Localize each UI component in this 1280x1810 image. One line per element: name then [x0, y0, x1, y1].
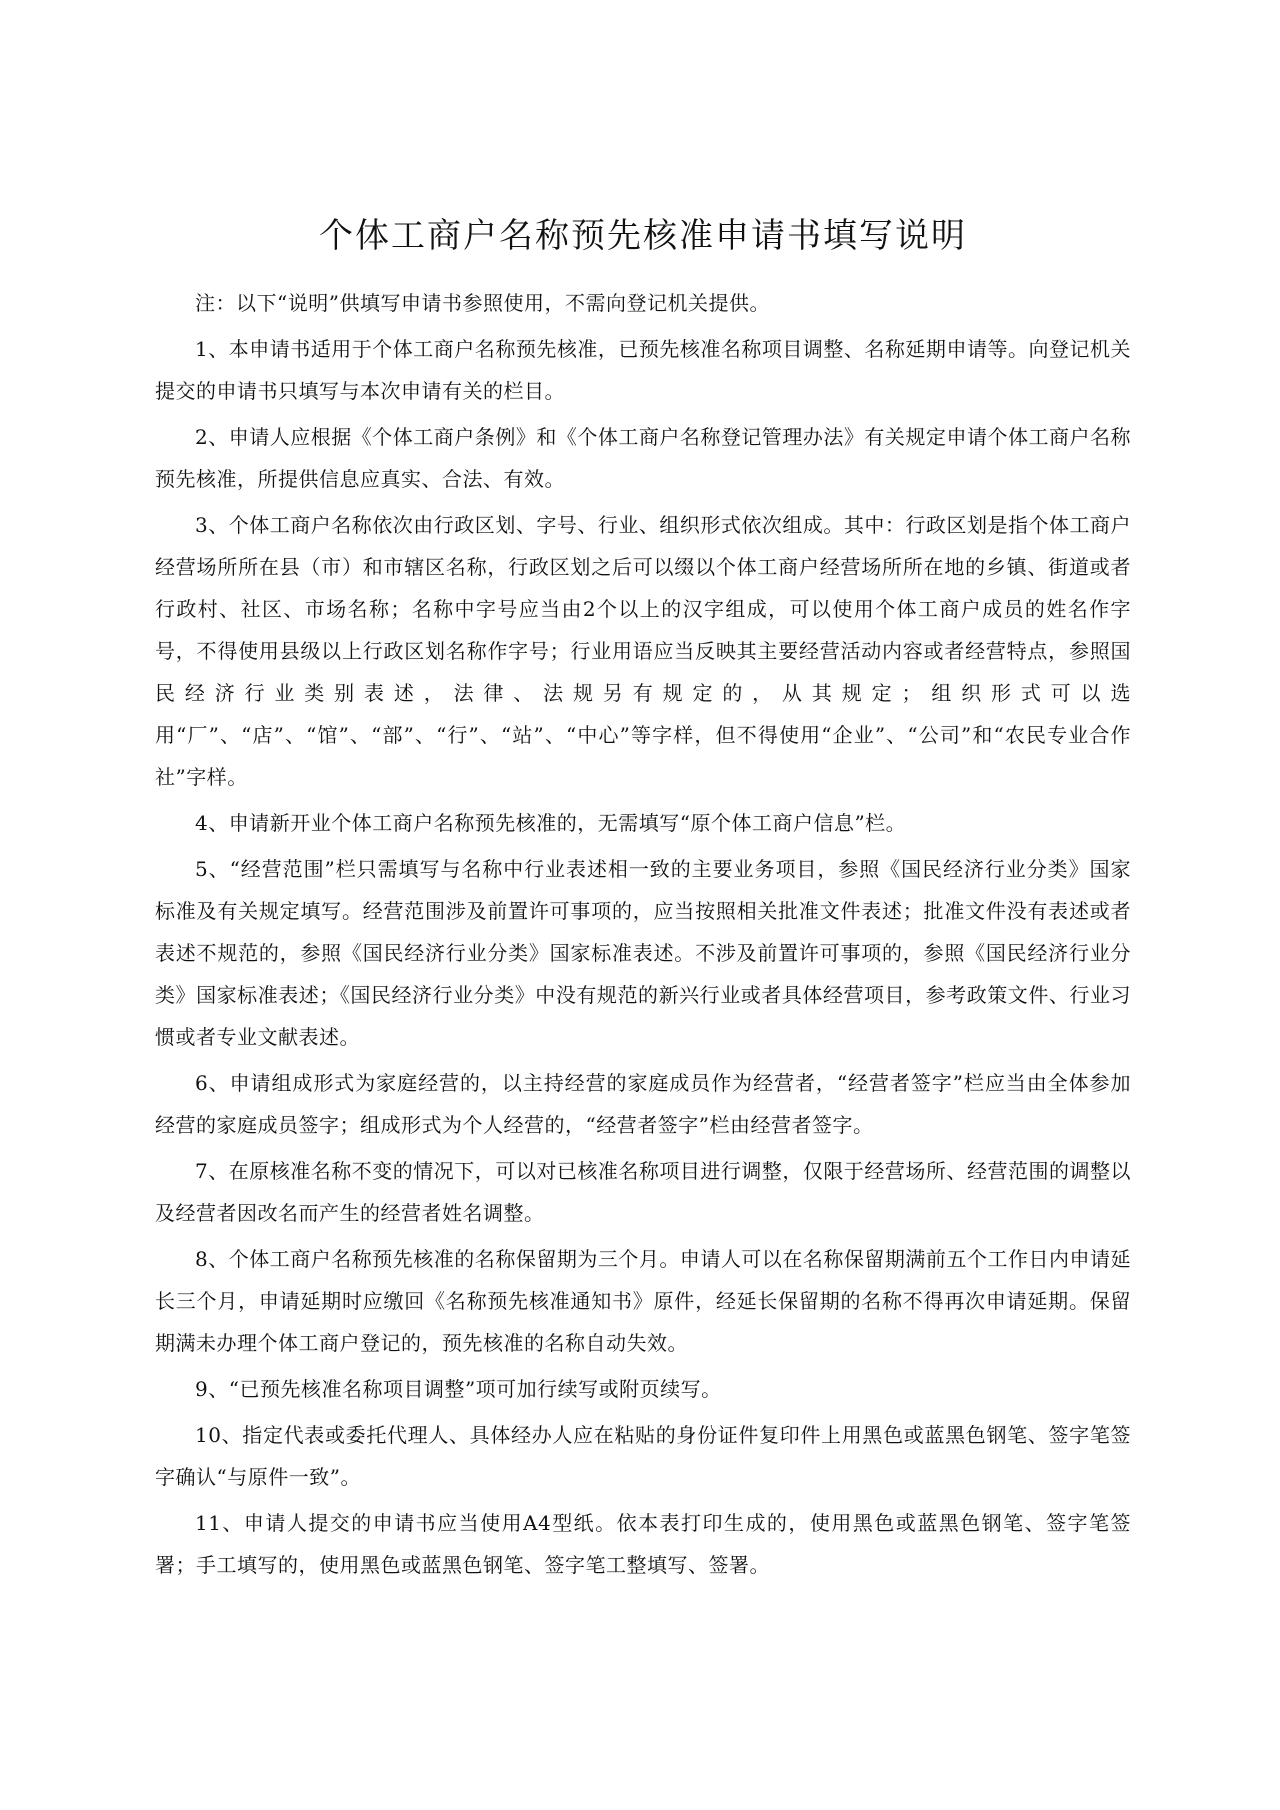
instruction-item-3: 3、个体工商户名称依次由行政区划、字号、行业、组织形式依次组成。其中：行政区划是…	[155, 504, 1131, 798]
instruction-item-11: 11、申请人提交的申请书应当使用A4型纸。依本表打印生成的，使用黑色或蓝黑色钢笔…	[155, 1502, 1131, 1586]
instruction-item-6: 6、申请组成形式为家庭经营的，以主持经营的家庭成员作为经营者，“经营者签字”栏应…	[155, 1062, 1131, 1146]
instruction-item-4: 4、申请新开业个体工商户名称预先核准的，无需填写“原个体工商户信息”栏。	[155, 802, 1131, 844]
instruction-item-2: 2、申请人应根据《个体工商户条例》和《个体工商户名称登记管理办法》有关规定申请个…	[155, 416, 1131, 500]
instruction-item-10: 10、指定代表或委托代理人、具体经办人应在粘贴的身份证件复印件上用黑色或蓝黑色钢…	[155, 1414, 1131, 1498]
instruction-item-8: 8、个体工商户名称预先核准的名称保留期为三个月。申请人可以在名称保留期满前五个工…	[155, 1238, 1131, 1364]
document-title: 个体工商户名称预先核准申请书填写说明	[155, 208, 1131, 257]
instruction-item-5: 5、“经营范围”栏只需填写与名称中行业表述相一致的主要业务项目，参照《国民经济行…	[155, 848, 1131, 1058]
note-paragraph: 注：以下“说明”供填写申请书参照使用，不需向登记机关提供。	[155, 282, 1131, 324]
instruction-item-9: 9、“已预先核准名称项目调整”项可加行续写或附页续写。	[155, 1368, 1131, 1410]
instruction-item-7: 7、在原核准名称不变的情况下，可以对已核准名称项目进行调整，仅限于经营场所、经营…	[155, 1150, 1131, 1234]
document-body: 注：以下“说明”供填写申请书参照使用，不需向登记机关提供。 1、本申请书适用于个…	[155, 282, 1131, 1590]
instruction-item-1: 1、本申请书适用于个体工商户名称预先核准，已预先核准名称项目调整、名称延期申请等…	[155, 328, 1131, 412]
